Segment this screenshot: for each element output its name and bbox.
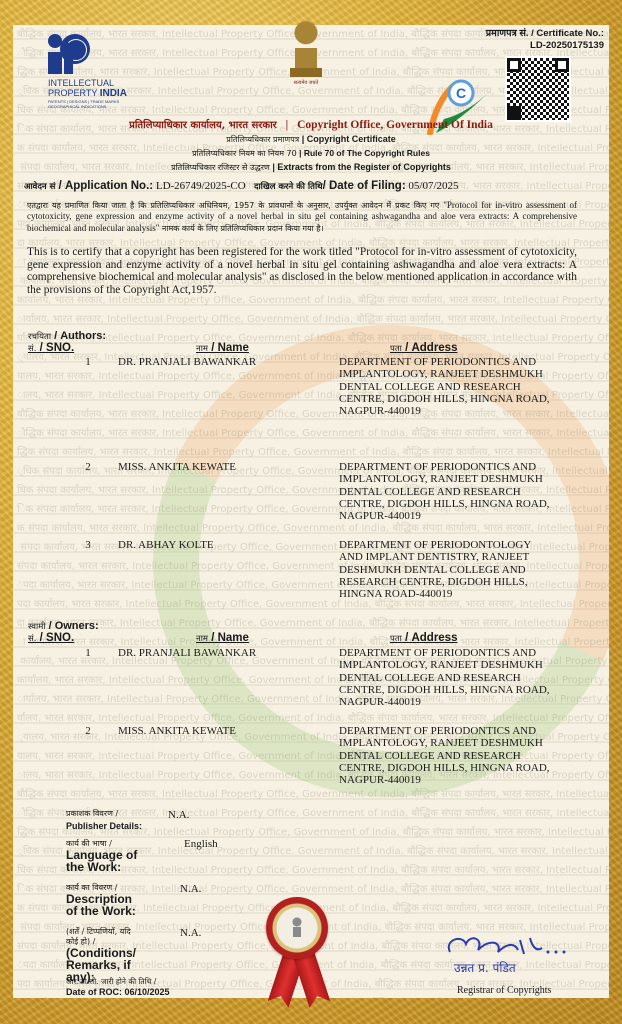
date-of-filing: 05/07/2025 — [408, 180, 458, 192]
ashoka-lions-icon — [286, 20, 326, 78]
publisher-details-label: प्रकाशक विवरण /Publisher Details: — [66, 809, 166, 832]
authors-col-sno: सं. / SNO. — [28, 342, 74, 354]
ip-india-logo: INTELLECTUAL PROPERTY INDIA PATENTS | DE… — [48, 32, 138, 109]
author-3-name: DR. ABHAY KOLTE — [118, 539, 214, 551]
roc-date-value: 06/10/2025 — [125, 987, 170, 997]
qr-code[interactable] — [505, 56, 571, 122]
subtitle-copyright-certificate: प्रतिलिप्यधिकार प्रमाणपत्र | Copyright C… — [0, 134, 622, 145]
authors-label: रचयिता / Authors: — [28, 330, 106, 342]
owner-2-name: MISS. ANKITA KEWATE — [118, 725, 236, 737]
certification-text-hindi: एतद्वारा यह प्रमाणित किया जाता है कि प्र… — [27, 200, 577, 234]
owners-label: स्वामी / Owners: — [28, 620, 99, 632]
roc-date: आर.ओ.सी. जारी होने की तिथि / Date of ROC… — [66, 976, 170, 998]
description-value: N.A. — [180, 883, 201, 895]
language-label: कार्य की भाषा /Language of the Work: — [66, 839, 146, 873]
author-1-sno: 1 — [78, 356, 98, 368]
language-value: English — [184, 838, 218, 850]
ip-india-mark-icon — [48, 32, 92, 76]
conditions-label: (शर्तें / टिप्पणियाँ, यदि कोई हो) /(Cond… — [66, 927, 156, 983]
application-line: आवेदन सं / Application No.: LD-26749/202… — [24, 180, 459, 192]
publisher-details-value: N.A. — [168, 809, 189, 821]
owner-2-sno: 2 — [78, 725, 98, 737]
author-2-sno: 2 — [78, 461, 98, 473]
owner-1-address: DEPARTMENT OF PERIODONTICS AND IMPLANTOL… — [339, 647, 551, 708]
author-3-sno: 3 — [78, 539, 98, 551]
office-title: प्रतिलिप्याधिकार कार्यालय, भारत सरकार | … — [0, 117, 622, 131]
author-3-address: DEPARTMENT OF PERIODONTOLOGY AND IMPLANT… — [339, 539, 551, 600]
certification-text-english: This is to certify that a copyright has … — [27, 246, 577, 297]
ip-india-wordmark: INTELLECTUAL PROPERTY INDIA — [48, 78, 138, 99]
svg-text:C: C — [456, 85, 466, 101]
description-label: कार्य का विवरण /Description of the Work: — [66, 883, 146, 917]
owner-2-address: DEPARTMENT OF PERIODONTICS AND IMPLANTOL… — [339, 725, 551, 786]
owner-1-name: DR. PRANJALI BAWANKAR — [118, 647, 256, 659]
official-seal — [266, 897, 328, 959]
author-2-name: MISS. ANKITA KEWATE — [118, 461, 236, 473]
certificate-number-block: प्रमाणपत्र सं. / Certificate No.: LD-202… — [486, 28, 604, 52]
registrar-title: Registrar of Copyrights — [457, 985, 551, 996]
emblem-motto: सत्यमेव जयते — [280, 80, 332, 86]
owner-1-sno: 1 — [78, 647, 98, 659]
certificate-number: LD-20250175139 — [486, 40, 604, 52]
seal-emblem-icon — [290, 917, 304, 937]
authors-col-address: पता / Address — [390, 342, 457, 354]
national-emblem: सत्यमेव जयते — [280, 20, 332, 106]
author-1-name: DR. PRANJALI BAWANKAR — [118, 356, 256, 368]
svg-text:उन्नत प्र. पंडित: उन्नत प्र. पंडित — [454, 961, 517, 975]
registrar-signature: उन्नत प्र. पंडित — [440, 930, 570, 975]
owners-col-sno: सं. / SNO. — [28, 632, 74, 644]
subtitle-register-extracts: प्रतिलिप्यधिकार रजिस्टर से उद्धरण | Extr… — [0, 162, 622, 173]
authors-col-name: नाम / Name — [196, 342, 249, 354]
author-1-address: DEPARTMENT OF PERIODONTICS AND IMPLANTOL… — [339, 356, 551, 417]
author-2-address: DEPARTMENT OF PERIODONTICS AND IMPLANTOL… — [339, 461, 551, 522]
application-number: LD-26749/2025-CO — [156, 180, 246, 192]
certificate-number-label: प्रमाणपत्र सं. / Certificate No.: — [486, 28, 604, 40]
subtitle-rule-70: प्रतिलिप्यधिकार नियम का नियम 70 | Rule 7… — [0, 148, 622, 159]
ip-india-subtext: PATENTS | DESIGNS | TRADE MARKSGEOGRAPHI… — [48, 99, 138, 109]
owners-col-address: पता / Address — [390, 632, 457, 644]
owners-col-name: नाम / Name — [196, 632, 249, 644]
conditions-value: N.A. — [180, 927, 201, 939]
